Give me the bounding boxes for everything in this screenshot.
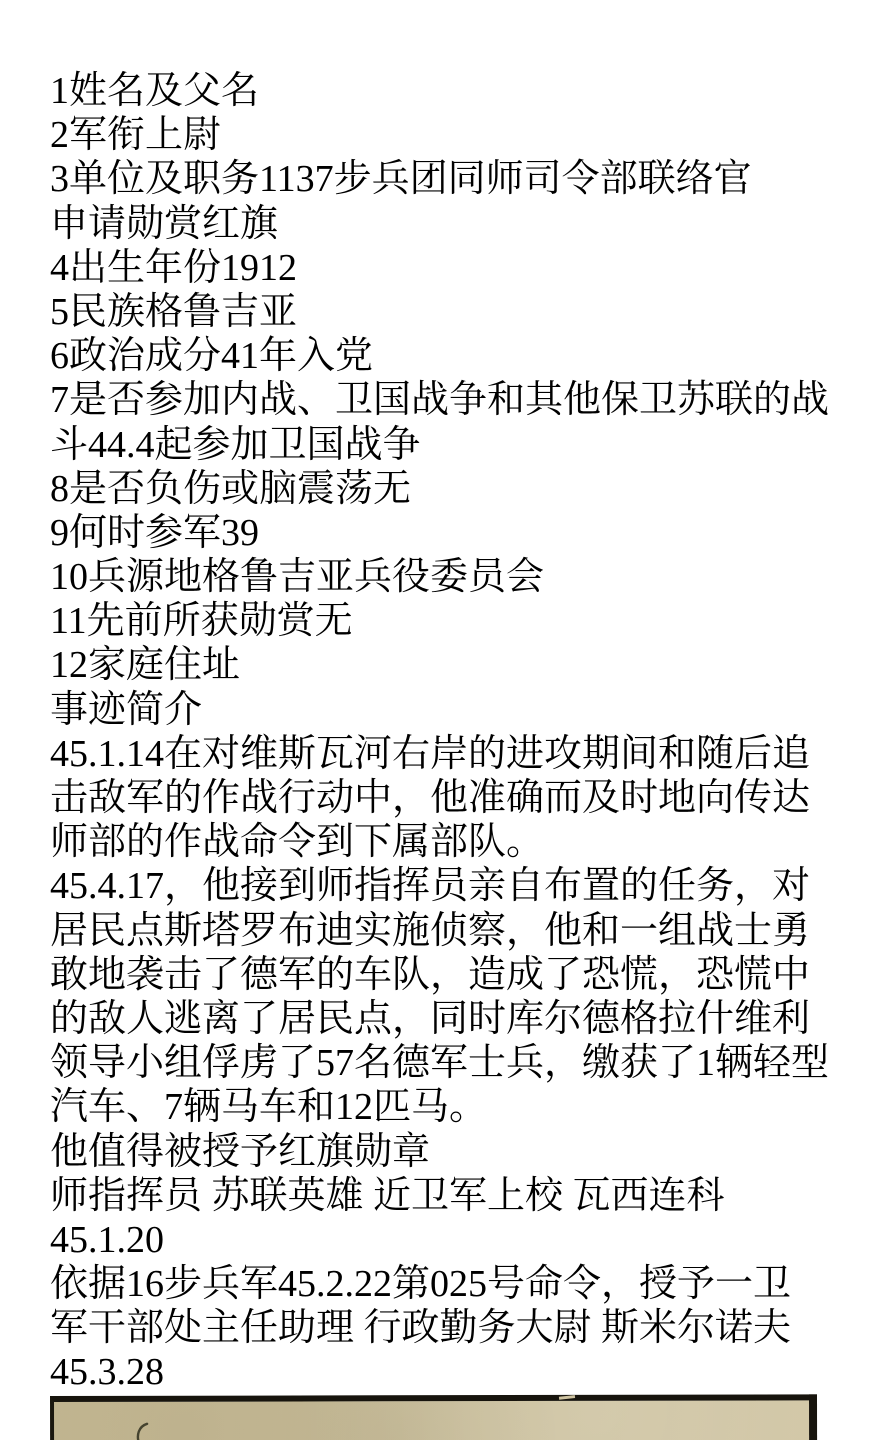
text-line: 申请勋赏红旗 <box>50 202 862 246</box>
handwritten-mark <box>130 1422 158 1440</box>
text-line: 45.1.14在对维斯瓦河右岸的进攻期间和随后追 <box>50 732 862 776</box>
text-line: 1姓名及父名 <box>50 69 862 113</box>
text-line: 师指挥员 苏联英雄 近卫军上校 瓦西连科 <box>50 1174 862 1218</box>
text-line: 45.1.20 <box>50 1218 862 1262</box>
text-line: 军干部处主任助理 行政勤务大尉 斯米尔诺夫 <box>50 1306 862 1350</box>
text-line: 他值得被授予红旗勋章 <box>50 1130 862 1174</box>
text-line: 3单位及职务1137步兵团同师司令部联络官 <box>50 157 862 201</box>
text-line: 4出生年份1912 <box>50 246 862 290</box>
scan-border-notch <box>559 1395 575 1400</box>
text-line: 的敌人逃离了居民点，同时库尔德格拉什维利 <box>50 997 862 1041</box>
text-line: 击敌军的作战行动中，他准确而及时地向传达 <box>50 776 862 820</box>
text-line: 居民点斯塔罗布迪实施侦察，他和一组战士勇 <box>50 909 862 953</box>
text-line: 斗44.4起参加卫国战争 <box>50 423 862 467</box>
text-line: 敢地袭击了德军的车队，造成了恐慌，恐慌中 <box>50 953 862 997</box>
text-line: 7是否参加内战、卫国战争和其他保卫苏联的战 <box>50 378 862 422</box>
scanned-document-preview <box>50 1394 817 1440</box>
translated-text-block: 1姓名及父名 2军衔上尉 3单位及职务1137步兵团同师司令部联络官 申请勋赏红… <box>50 69 862 1395</box>
text-line: 师部的作战命令到下属部队。 <box>50 820 862 864</box>
text-line: 6政治成分41年入党 <box>50 334 862 378</box>
text-line: 12家庭住址 <box>50 643 862 687</box>
text-line: 45.3.28 <box>50 1350 862 1394</box>
text-line: 45.4.17，他接到师指挥员亲自布置的任务，对 <box>50 864 862 908</box>
text-line: 5民族格鲁吉亚 <box>50 290 862 334</box>
text-line: 依据16步兵军45.2.22第025号命令，授予一卫 <box>50 1262 862 1306</box>
text-line: 9何时参军39 <box>50 511 862 555</box>
text-line: 10兵源地格鲁吉亚兵役委员会 <box>50 555 862 599</box>
text-line: 领导小组俘虏了57名德军士兵，缴获了1辆轻型 <box>50 1041 862 1085</box>
text-line: 8是否负伤或脑震荡无 <box>50 467 862 511</box>
translation-page: 1姓名及父名 2军衔上尉 3单位及职务1137步兵团同师司令部联络官 申请勋赏红… <box>0 0 892 1440</box>
text-line: 事迹简介 <box>50 688 862 732</box>
text-line: 汽车、7辆马车和12匹马。 <box>50 1085 862 1129</box>
text-line: 11先前所获勋赏无 <box>50 599 862 643</box>
text-line: 2军衔上尉 <box>50 113 862 157</box>
